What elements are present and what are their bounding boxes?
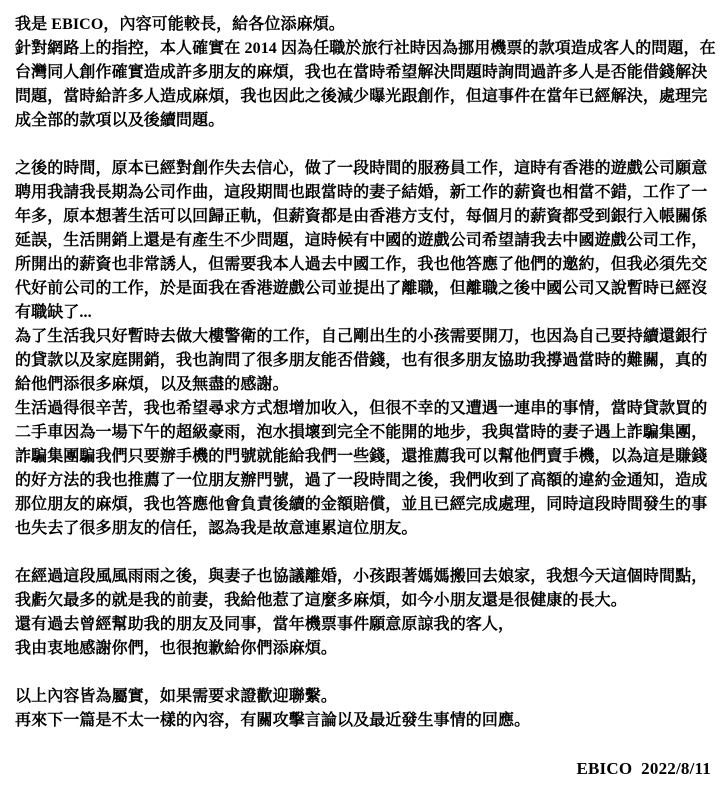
blank-line [15,541,711,565]
text-line: 還有過去曾經幫助我的朋友及同事，當年機票事件願意原諒我的客人， [15,613,711,637]
text-line: 生活過得很辛苦，我也希望尋求方式想增加收入，但很不幸的又遭遇一連串的事情，當時貸… [15,397,711,421]
text-line: 延誤，生活開銷上還是有產生不少問題，這時候有中國的遊戲公司希望請我去中國遊戲公司… [15,229,711,253]
text-line: 之後的時間，原本已經對創作失去信心，做了一段時間的服務員工作，這時有香港的遊戲公… [15,157,711,181]
signature: EBICO 2022/8/11 [15,757,711,781]
text-line: 為了生活我只好暫時去做大樓警衛的工作，自己剛出生的小孩需要開刀，也因為自己要持續… [15,325,711,349]
blank-line [15,661,711,685]
text-line: 我由衷地感謝你們，也很抱歉給你們添麻煩。 [15,637,711,661]
text-line: 給他們添很多麻煩，以及無盡的感謝。 [15,373,711,397]
text-line: 問題，當時給許多人造成麻煩，我也因此之後減少曝光跟創作，但這事件在當年已經解決，… [15,85,711,109]
text-line: 所開出的薪資也非常誘人，但需要我本人過去中國工作，我也他答應了他們的邀約，但我必… [15,253,711,277]
text-line: 再來下一篇是不太一樣的內容，有關攻擊言論以及最近發生事情的回應。 [15,709,711,733]
text-line: 針對網路上的指控，本人確實在 2014 因為任職於旅行社時因為挪用機票的款項造成… [15,37,711,61]
text-line: 台灣同人創作確實造成許多朋友的麻煩，我也在當時希望解決問題時詢問過許多人是否能借… [15,61,711,85]
text-line: 代好前公司的工作，於是面我在香港遊戲公司並提出了離職，但離職之後中國公司又說暫時… [15,277,711,301]
blank-line [15,133,711,157]
statement-document: 我是 EBICO，內容可能較長，給各位添麻煩。針對網路上的指控，本人確實在 20… [0,0,725,800]
text-line: 有職缺了... [15,301,711,325]
text-line: 我虧欠最多的就是我的前妻，我給他惹了這麼多麻煩，如今小朋友還是很健康的長大。 [15,589,711,613]
text-line: 二手車因為一場下午的超級豪雨，泡水損壞到完全不能開的地步，我與當時的妻子遇上詐騙… [15,421,711,445]
text-line: 詐騙集團騙我們只要辦手機的門號就能給我們一些錢，還推薦我可以幫他們賣手機，以為這… [15,445,711,469]
text-line: 那位朋友的麻煩，我也答應他會負責後續的金額賠償，並且已經完成處理，同時這段時間發… [15,493,711,517]
text-line: 成全部的款項以及後續問題。 [15,109,711,133]
text-line: 我是 EBICO，內容可能較長，給各位添麻煩。 [15,13,711,37]
document-text: 我是 EBICO，內容可能較長，給各位添麻煩。針對網路上的指控，本人確實在 20… [15,13,711,733]
text-line: 聘用我請我長期為公司作曲，這段期間也跟當時的妻子結婚，新工作的薪資也相當不錯，工… [15,181,711,205]
text-line: 以上內容皆為屬實，如果需要求證歡迎聯繫。 [15,685,711,709]
text-line: 的好方法的我也推薦了一位朋友辦門號，過了一段時間之後，我們收到了高額的違約金通知… [15,469,711,493]
text-line: 也失去了很多朋友的信任，認為我是故意連累這位朋友。 [15,517,711,541]
text-line: 年多，原本想著生活可以回歸正軌，但薪資都是由香港方支付，每個月的薪資都受到銀行入… [15,205,711,229]
text-line: 的貸款以及家庭開銷，我也詢問了很多朋友能否借錢，也有很多朋友協助我撐過當時的難關… [15,349,711,373]
text-line: 在經過這段風風雨雨之後，與妻子也協議離婚，小孩跟著媽媽搬回去娘家，我想今天這個時… [15,565,711,589]
